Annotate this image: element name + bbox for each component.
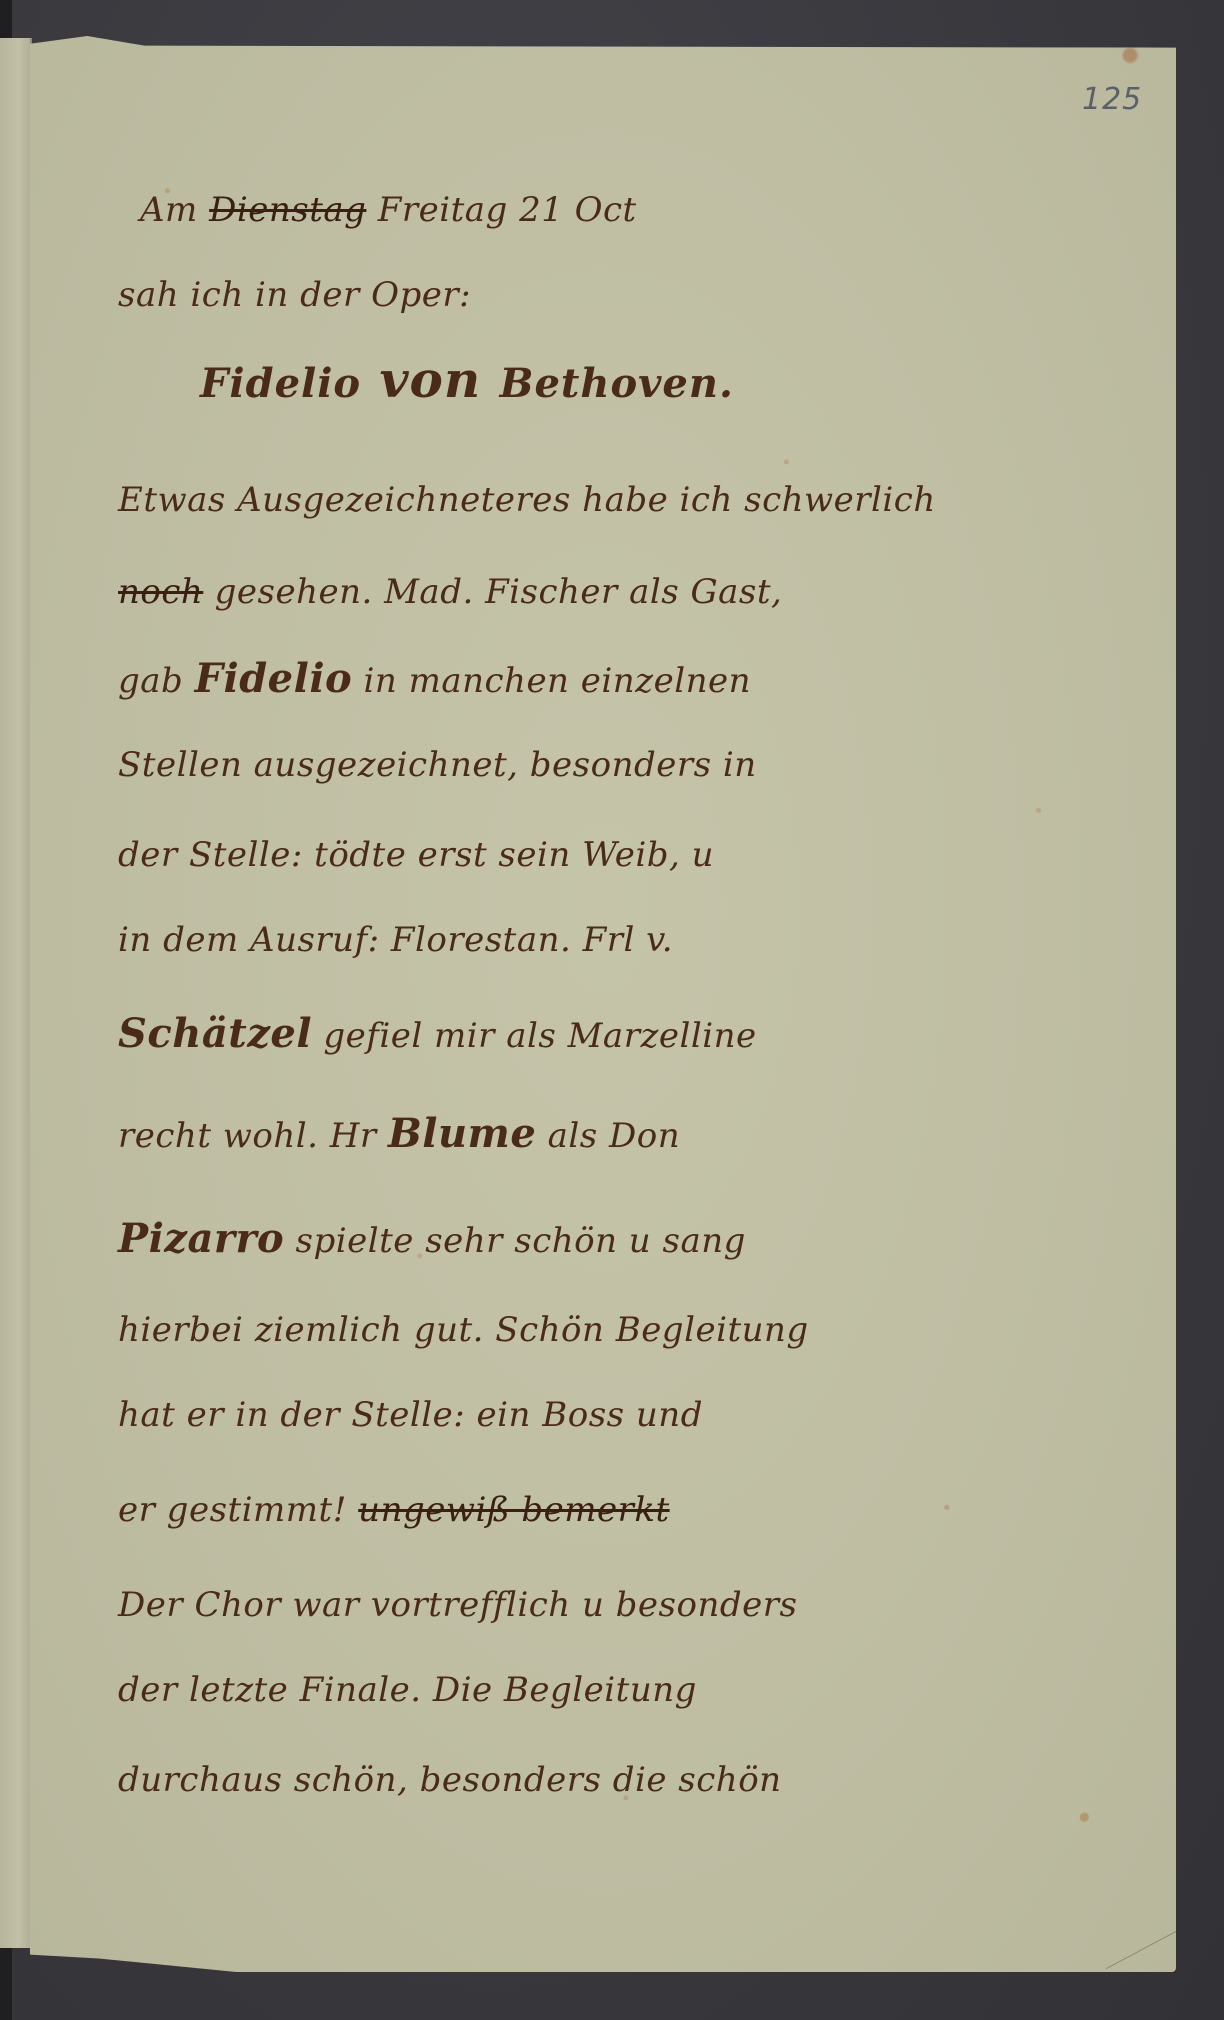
emphasized-name: Schätzel bbox=[118, 1010, 312, 1057]
emphasized-name: Pizarro bbox=[118, 1215, 284, 1262]
line-text: Am bbox=[140, 190, 209, 230]
manuscript-line: hierbei ziemlich gut. Schön Begleitung bbox=[118, 1310, 809, 1350]
line-text: Freitag 21 Oct bbox=[366, 190, 636, 230]
line-text: als Don bbox=[536, 1116, 680, 1156]
line-text: der Stelle: tödte erst sein Weib, u bbox=[118, 835, 714, 875]
line-text: Etwas Ausgezeichneteres habe ich schwerl… bbox=[118, 480, 936, 520]
manuscript-line: Pizarro spielte sehr schön u sang bbox=[118, 1215, 746, 1262]
line-text: durchaus schön, besonders die schön bbox=[118, 1760, 782, 1800]
emphasized-name: Fidelio bbox=[195, 655, 353, 702]
manuscript-line: hat er in der Stelle: ein Boss und bbox=[118, 1395, 703, 1435]
line-text: in manchen einzelnen bbox=[352, 661, 751, 701]
line-text: gesehen. Mad. Fischer als Gast, bbox=[203, 572, 782, 612]
manuscript-line: er gestimmt! ungewiß bemerkt bbox=[118, 1490, 670, 1530]
line-text: gab bbox=[118, 661, 195, 701]
line-text: spielte sehr schön u sang bbox=[284, 1221, 746, 1261]
line-text: er gestimmt! bbox=[118, 1490, 358, 1530]
manuscript-text: Am Dienstag Freitag 21 Octsah ich in der… bbox=[0, 0, 1224, 2020]
line-text: sah ich in der Oper: bbox=[118, 275, 471, 315]
line-text: gefiel mir als Marzelline bbox=[312, 1016, 757, 1056]
deleted-text: ungewiß bemerkt bbox=[358, 1490, 669, 1530]
manuscript-line: recht wohl. Hr Blume als Don bbox=[118, 1110, 680, 1157]
line-text: in dem Ausruf: Florestan. Frl v. bbox=[118, 920, 673, 960]
manuscript-line: Schätzel gefiel mir als Marzelline bbox=[118, 1010, 757, 1057]
line-text: recht wohl. Hr bbox=[118, 1116, 388, 1156]
manuscript-line: Fidelio von Bethoven. bbox=[200, 350, 734, 409]
manuscript-line: Etwas Ausgezeichneteres habe ich schwerl… bbox=[118, 480, 936, 520]
line-text: von bbox=[361, 350, 500, 409]
manuscript-line: Stellen ausgezeichnet, besonders in bbox=[118, 745, 757, 785]
manuscript-line: Am Dienstag Freitag 21 Oct bbox=[140, 190, 637, 230]
manuscript-line: noch gesehen. Mad. Fischer als Gast, bbox=[118, 572, 782, 612]
manuscript-line: Der Chor war vortrefflich u besonders bbox=[118, 1585, 797, 1625]
line-text: Stellen ausgezeichnet, besonders in bbox=[118, 745, 757, 785]
manuscript-line: der Stelle: tödte erst sein Weib, u bbox=[118, 835, 714, 875]
line-text: Der Chor war vortrefflich u besonders bbox=[118, 1585, 797, 1625]
line-text: hierbei ziemlich gut. Schön Begleitung bbox=[118, 1310, 809, 1350]
manuscript-line: in dem Ausruf: Florestan. Frl v. bbox=[118, 920, 673, 960]
manuscript-line: der letzte Finale. Die Begleitung bbox=[118, 1670, 697, 1710]
emphasized-name: Bethoven. bbox=[500, 360, 734, 407]
emphasized-name: Fidelio bbox=[200, 360, 361, 407]
manuscript-line: sah ich in der Oper: bbox=[118, 275, 471, 315]
line-text: der letzte Finale. Die Begleitung bbox=[118, 1670, 697, 1710]
manuscript-line: gab Fidelio in manchen einzelnen bbox=[118, 655, 751, 702]
deleted-text: Dienstag bbox=[209, 190, 366, 230]
manuscript-line: durchaus schön, besonders die schön bbox=[118, 1760, 782, 1800]
line-text: hat er in der Stelle: ein Boss und bbox=[118, 1395, 703, 1435]
deleted-text: noch bbox=[118, 572, 203, 612]
emphasized-name: Blume bbox=[388, 1110, 536, 1157]
